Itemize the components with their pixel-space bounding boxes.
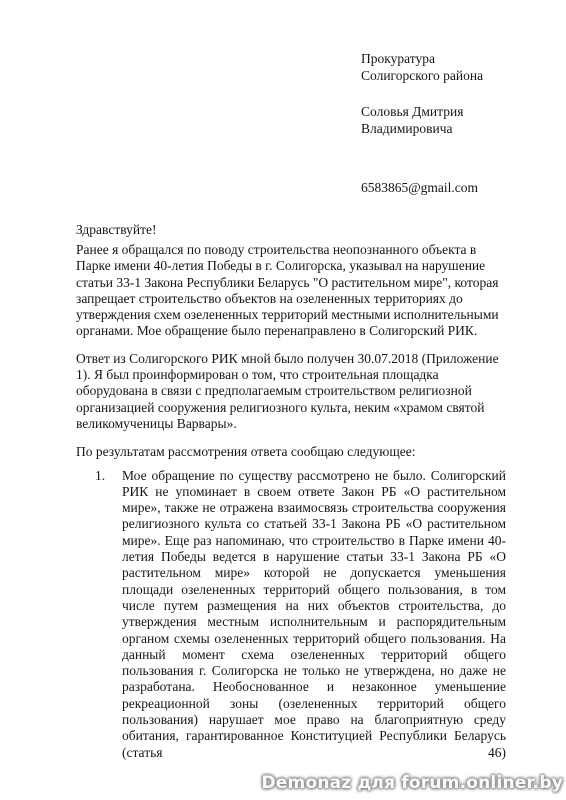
numbered-list-item-1: 1. Мое обращение по существу рассмотрено…: [76, 468, 506, 761]
paragraph-previous-appeal: Ранее я обращался по поводу строительств…: [76, 242, 506, 340]
document-page: Прокуратура Солигорского района Соловья …: [0, 0, 566, 800]
paragraph-lead-in: По результатам рассмотрения ответа сообщ…: [76, 444, 506, 460]
sender-line: Соловья Дмитрия: [361, 104, 541, 121]
sender-email: 6583865@gmail.com: [361, 180, 541, 197]
recipient-line: Солигорского района: [361, 68, 541, 85]
forum-watermark: Demonaz для forum.onliner.by: [261, 773, 563, 793]
list-item-number: 1.: [95, 468, 122, 761]
sender-name-block: Соловья Дмитрия Владимировича: [361, 104, 541, 137]
list-item-text: Мое обращение по существу рассмотрено не…: [122, 468, 506, 761]
sender-line: Владимировича: [361, 121, 541, 138]
recipient-address-block: Прокуратура Солигорского района: [361, 51, 541, 84]
paragraph-received-reply: Ответ из Солигорского РИК мной было полу…: [76, 351, 506, 432]
letter-body: Ранее я обращался по поводу строительств…: [76, 242, 506, 761]
greeting-text: Здравствуйте!: [76, 222, 157, 238]
recipient-line: Прокуратура: [361, 51, 541, 68]
